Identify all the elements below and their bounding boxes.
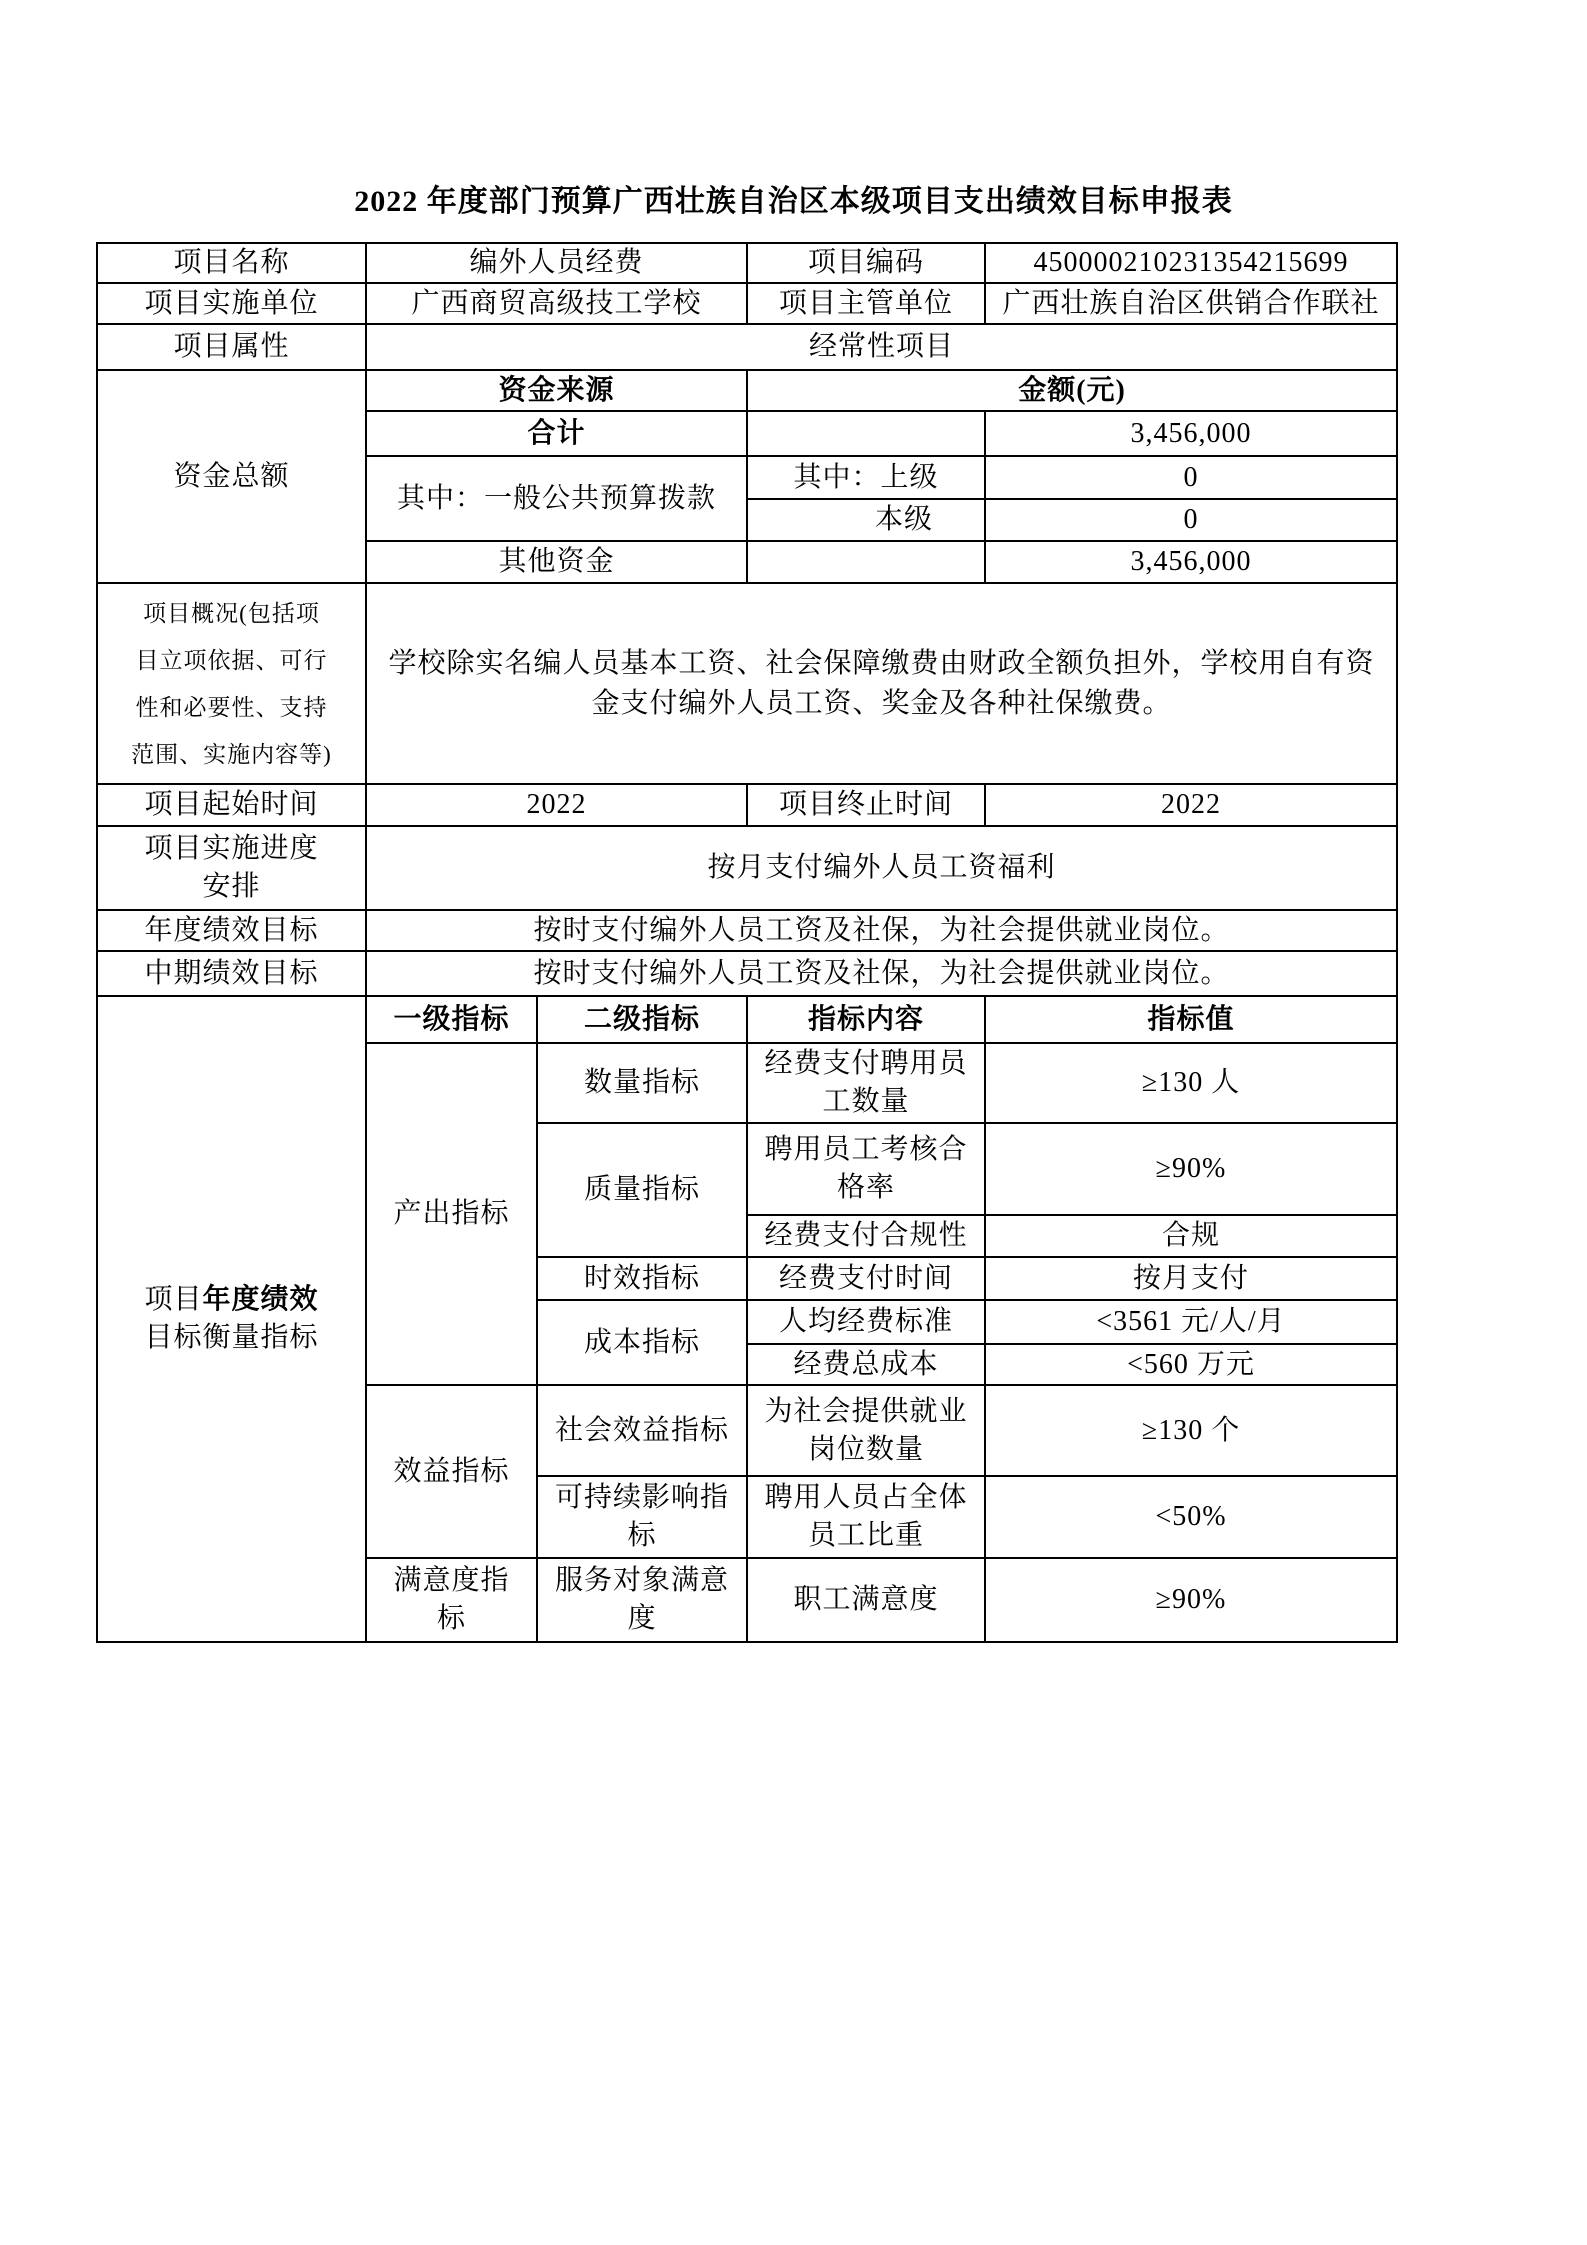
- start-time-label: 项目起始时间: [97, 784, 366, 826]
- funding-amount-header: 金额(元): [747, 370, 1397, 411]
- other-funds-empty-cell: [747, 541, 985, 583]
- annual-goal-value: 按时支付编外人员工资及社保，为社会提供就业岗位。: [366, 910, 1397, 951]
- indicators-label-pre: 项目: [144, 1284, 202, 1315]
- other-funds-amount: 3,456,000: [985, 541, 1397, 583]
- row-project-attribute: 项目属性 经常性项目: [97, 324, 1397, 370]
- indicator-value: ≥130 人: [985, 1043, 1397, 1123]
- other-funds-label: 其他资金: [366, 541, 747, 583]
- local-level-amount: 0: [985, 499, 1397, 541]
- indicator-level2: 成本指标: [537, 1300, 747, 1385]
- row-implementing-unit: 项目实施单位 广西商贸高级技工学校 项目主管单位 广西壮族自治区供销合作联社: [97, 283, 1397, 324]
- supervising-unit-value: 广西壮族自治区供销合作联社: [985, 283, 1397, 324]
- indicator-value: ≥90%: [985, 1123, 1397, 1215]
- header-content: 指标内容: [747, 996, 985, 1043]
- project-attribute-value: 经常性项目: [366, 324, 1397, 370]
- midterm-goal-label: 中期绩效目标: [97, 951, 366, 996]
- indicators-section-label: 项目年度绩效目标衡量指标: [97, 996, 366, 1642]
- row-funding-header: 资金总额 资金来源 金额(元): [97, 370, 1397, 411]
- header-level2: 二级指标: [537, 996, 747, 1043]
- annual-goal-label: 年度绩效目标: [97, 910, 366, 951]
- progress-label: 项目实施进度安排: [97, 826, 366, 910]
- indicators-label-bold: 年度绩效: [203, 1284, 319, 1315]
- indicator-level2: 数量指标: [537, 1043, 747, 1123]
- start-time-value: 2022: [366, 784, 747, 826]
- header-level1: 一级指标: [366, 996, 537, 1043]
- indicator-level2: 质量指标: [537, 1123, 747, 1257]
- project-code-label: 项目编码: [747, 243, 985, 283]
- indicator-content: 为社会提供就业岗位数量: [747, 1385, 985, 1476]
- funding-total-label: 合计: [366, 411, 747, 456]
- indicator-value: ≥130 个: [985, 1385, 1397, 1476]
- indicator-value: ≥90%: [985, 1558, 1397, 1642]
- project-name-label: 项目名称: [97, 243, 366, 283]
- indicator-content: 经费支付聘用员工数量: [747, 1043, 985, 1123]
- indicator-value: <50%: [985, 1476, 1397, 1558]
- indicator-value: <560 万元: [985, 1344, 1397, 1385]
- indicator-content: 聘用员工考核合格率: [747, 1123, 985, 1215]
- supervising-unit-label: 项目主管单位: [747, 283, 985, 324]
- funding-total-amount: 3,456,000: [985, 411, 1397, 456]
- indicator-value: <3561 元/人/月: [985, 1300, 1397, 1344]
- funding-section-label: 资金总额: [97, 370, 366, 583]
- indicator-content: 经费支付合规性: [747, 1215, 985, 1257]
- funding-source-header: 资金来源: [366, 370, 747, 411]
- row-annual-goal: 年度绩效目标 按时支付编外人员工资及社保，为社会提供就业岗位。: [97, 910, 1397, 951]
- row-overview: 项目概况(包括项 目立项依据、可行 性和必要性、支持 范围、实施内容等) 学校除…: [97, 583, 1397, 784]
- indicator-content: 聘用人员占全体员工比重: [747, 1476, 985, 1558]
- indicator-value: 按月支付: [985, 1257, 1397, 1300]
- implementing-unit-label: 项目实施单位: [97, 283, 366, 324]
- indicator-value: 合规: [985, 1215, 1397, 1257]
- end-time-value: 2022: [985, 784, 1397, 826]
- indicator-level2: 时效指标: [537, 1257, 747, 1300]
- indicator-content: 人均经费标准: [747, 1300, 985, 1344]
- indicator-level1: 满意度指标: [366, 1558, 537, 1642]
- page-title: 2022 年度部门预算广西壮族自治区本级项目支出绩效目标申报表: [0, 0, 1587, 220]
- declaration-table: 项目名称 编外人员经费 项目编码 450000210231354215699 项…: [96, 242, 1398, 1643]
- upper-level-amount: 0: [985, 456, 1397, 499]
- indicators-label-post: 目标衡量指标: [144, 1322, 318, 1353]
- row-indicator-header: 项目年度绩效目标衡量指标 一级指标 二级指标 指标内容 指标值: [97, 996, 1397, 1043]
- row-progress: 项目实施进度安排 按月支付编外人员工资福利: [97, 826, 1397, 910]
- indicator-level1: 产出指标: [366, 1043, 537, 1385]
- project-attribute-label: 项目属性: [97, 324, 366, 370]
- indicator-level2: 服务对象满意度: [537, 1558, 747, 1642]
- funding-total-empty-cell: [747, 411, 985, 456]
- implementing-unit-value: 广西商贸高级技工学校: [366, 283, 747, 324]
- indicator-content: 职工满意度: [747, 1558, 985, 1642]
- indicator-content: 经费支付时间: [747, 1257, 985, 1300]
- indicator-level2: 可持续影响指标: [537, 1476, 747, 1558]
- indicator-content: 经费总成本: [747, 1344, 985, 1385]
- progress-value: 按月支付编外人员工资福利: [366, 826, 1397, 910]
- project-name-value: 编外人员经费: [366, 243, 747, 283]
- indicator-level2: 社会效益指标: [537, 1385, 747, 1476]
- overview-content: 学校除实名编人员基本工资、社会保障缴费由财政全额负担外，学校用自有资金支付编外人…: [366, 583, 1397, 784]
- general-budget-label: 其中：一般公共预算拨款: [366, 456, 747, 541]
- end-time-label: 项目终止时间: [747, 784, 985, 826]
- indicator-level1: 效益指标: [366, 1385, 537, 1558]
- row-time: 项目起始时间 2022 项目终止时间 2022: [97, 784, 1397, 826]
- local-level-label: 本级: [747, 499, 985, 541]
- row-project-name: 项目名称 编外人员经费 项目编码 450000210231354215699: [97, 243, 1397, 283]
- overview-label: 项目概况(包括项 目立项依据、可行 性和必要性、支持 范围、实施内容等): [97, 583, 366, 784]
- project-code-value: 450000210231354215699: [985, 243, 1397, 283]
- midterm-goal-value: 按时支付编外人员工资及社保，为社会提供就业岗位。: [366, 951, 1397, 996]
- upper-level-label: 其中：上级: [747, 456, 985, 499]
- row-midterm-goal: 中期绩效目标 按时支付编外人员工资及社保，为社会提供就业岗位。: [97, 951, 1397, 996]
- header-value: 指标值: [985, 996, 1397, 1043]
